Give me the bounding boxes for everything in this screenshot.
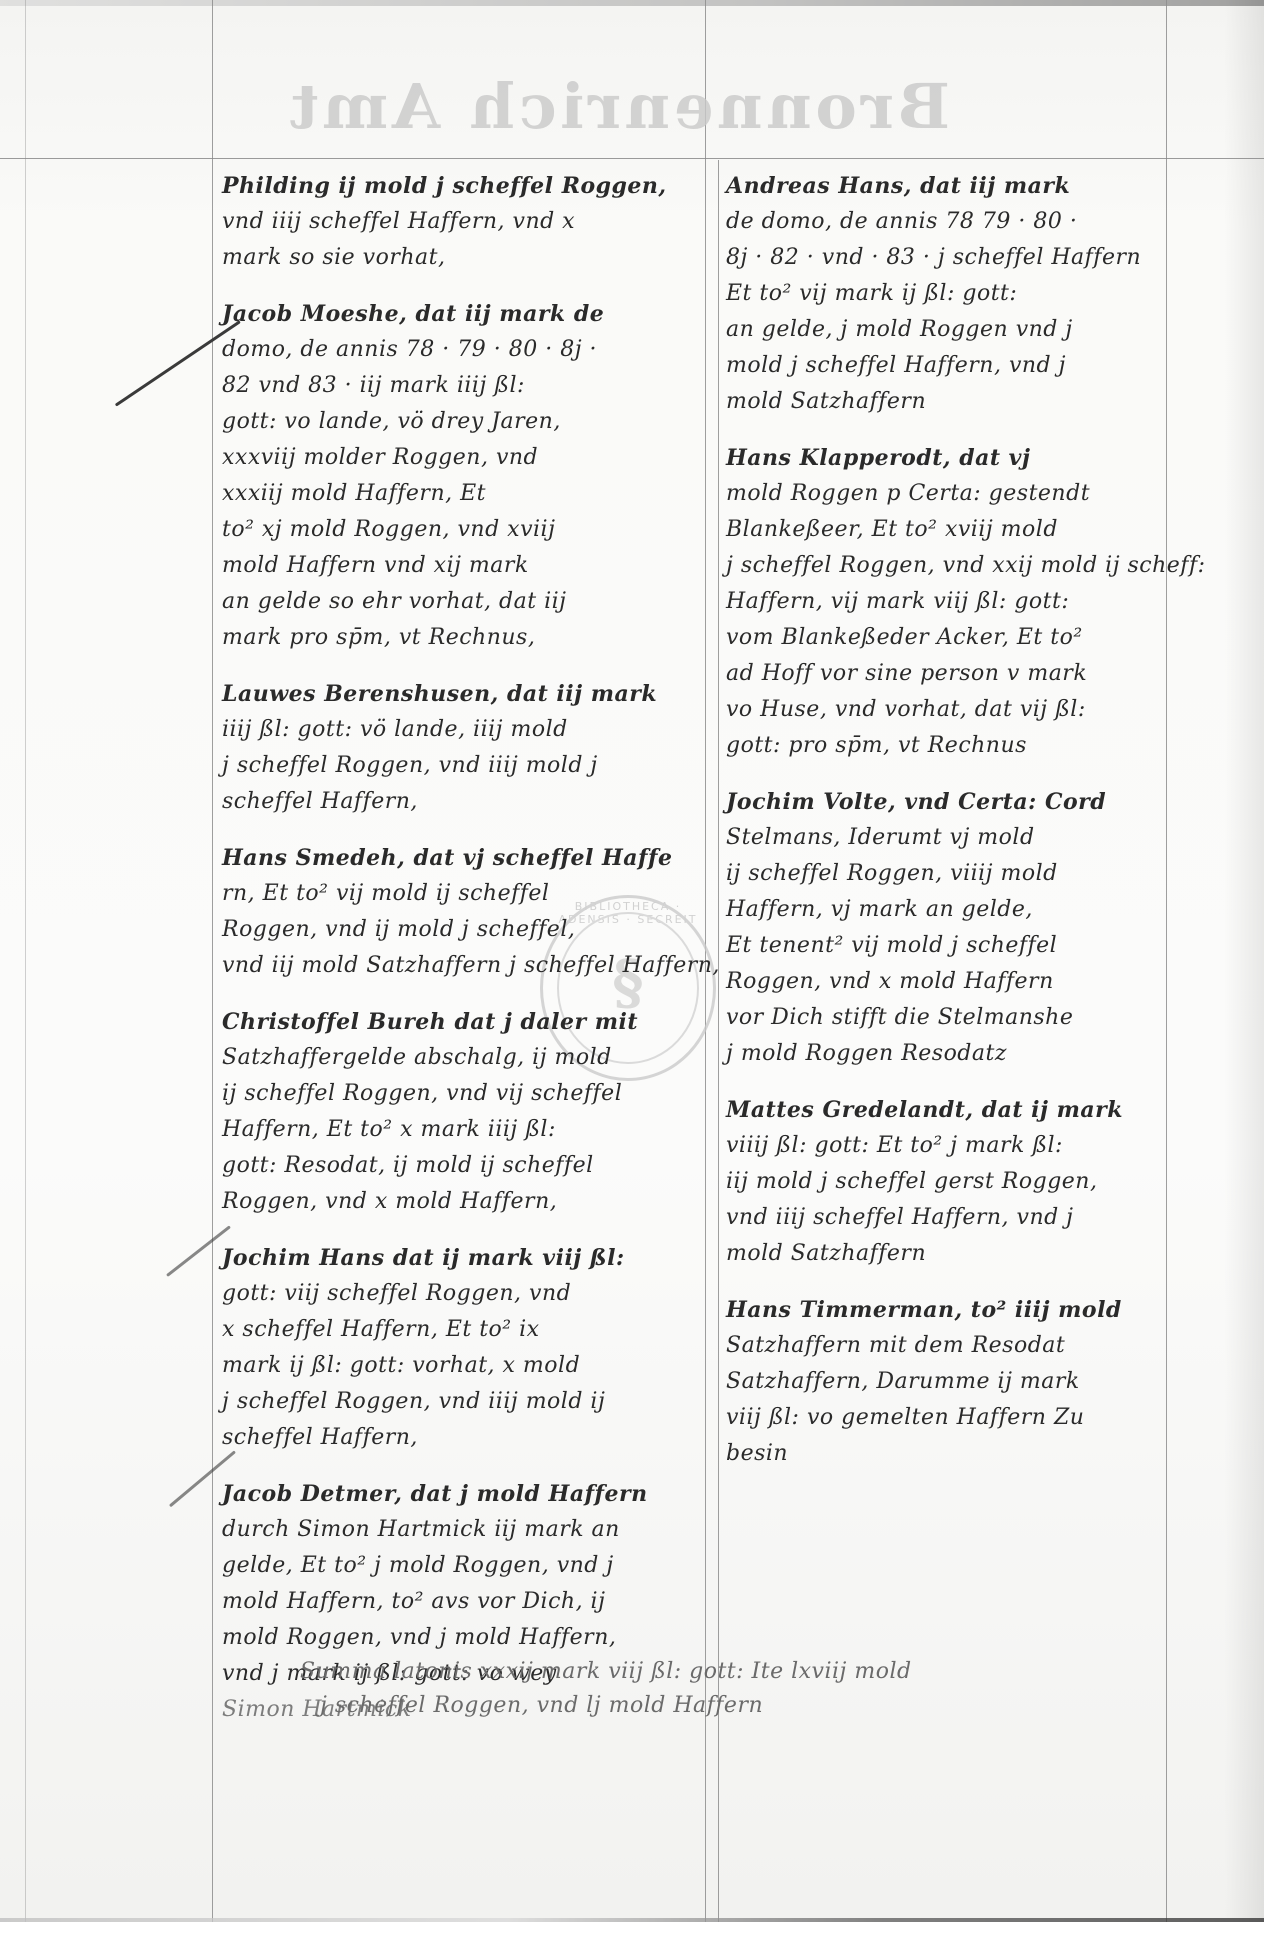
entry-line: mark so sie vorhat, bbox=[222, 240, 700, 276]
entry-line: mark ij ßl: gott: vorhat, x mold bbox=[222, 1348, 700, 1384]
page-right-shadow bbox=[1224, 0, 1264, 1922]
manuscript-page: Bronnenrich Amt BIBLIOTHECA · ADENSIS · … bbox=[0, 0, 1264, 1922]
entry-line: viij ßl: vo gemelten Haffern Zu bbox=[726, 1400, 1162, 1436]
entry-line: vnd iiij scheffel Haffern, vnd j bbox=[726, 1200, 1162, 1236]
ledger-entry: Andreas Hans, dat iij mark de domo, de a… bbox=[726, 168, 1162, 420]
entry-line: Hans Smedeh, dat vj scheffel Haffe bbox=[222, 840, 700, 876]
summary-line: j scheffel Roggen, vnd lj mold Haffern bbox=[300, 1689, 1180, 1723]
ledger-entry: Philding ij mold j scheffel Roggen, vnd … bbox=[222, 168, 700, 276]
entry-line: mold Roggen p Certa: gestendt bbox=[726, 476, 1162, 512]
right-margin-rule bbox=[1166, 0, 1167, 1922]
right-column: Andreas Hans, dat iij mark de domo, de a… bbox=[726, 168, 1162, 1492]
entry-line: Christoffel Bureh dat j daler mit bbox=[222, 1004, 700, 1040]
entry-line: mold Haffern vnd xij mark bbox=[222, 548, 700, 584]
entry-line: Et tenent² vij mold j scheffel bbox=[726, 928, 1162, 964]
summary-block: Summa latonis xxxij mark viij ßl: gott: … bbox=[300, 1655, 1180, 1723]
entry-line: gott: vo lande, vö drey Jaren, bbox=[222, 404, 700, 440]
entry-line: Hans Klapperodt, dat vj bbox=[726, 440, 1162, 476]
left-margin-rule bbox=[212, 0, 213, 1922]
entry-line: Satzhaffern mit dem Resodat bbox=[726, 1328, 1162, 1364]
ledger-entry: Mattes Gredelandt, dat ij mark viiij ßl:… bbox=[726, 1092, 1162, 1272]
entry-line: xxxviij molder Roggen, vnd bbox=[222, 440, 700, 476]
entry-line: Haffern, Et to² x mark iiij ßl: bbox=[222, 1112, 700, 1148]
entry-line: x scheffel Haffern, Et to² ix bbox=[222, 1312, 700, 1348]
entry-line: vnd iiij scheffel Haffern, vnd x bbox=[222, 204, 700, 240]
left-column: Philding ij mold j scheffel Roggen, vnd … bbox=[222, 168, 700, 1748]
entry-line: Mattes Gredelandt, dat ij mark bbox=[726, 1092, 1162, 1128]
entry-line: Roggen, vnd x mold Haffern bbox=[726, 964, 1162, 1000]
entry-line: besin bbox=[726, 1436, 1162, 1472]
entry-line: ad Hoff vor sine person v mark bbox=[726, 656, 1162, 692]
entry-line: Jochim Hans dat ij mark viij ßl: bbox=[222, 1240, 700, 1276]
entry-line: Roggen, vnd x mold Haffern, bbox=[222, 1184, 700, 1220]
page-top-edge bbox=[0, 0, 1264, 6]
entry-line: to² xj mold Roggen, vnd xviij bbox=[222, 512, 700, 548]
ledger-entry: Hans Smedeh, dat vj scheffel Haffe rn, E… bbox=[222, 840, 700, 984]
entry-line: mold Haffern, to² avs vor Dich, ij bbox=[222, 1584, 700, 1620]
entry-line: 8j · 82 · vnd · 83 · j scheffel Haffern bbox=[726, 240, 1162, 276]
entry-line: durch Simon Hartmick iij mark an bbox=[222, 1512, 700, 1548]
ledger-entry: Lauwes Berenshusen, dat iij mark iiij ßl… bbox=[222, 676, 700, 820]
entry-line: vom Blankeßeder Acker, Et to² bbox=[726, 620, 1162, 656]
entry-line: gott: Resodat, ij mold ij scheffel bbox=[222, 1148, 700, 1184]
entry-line: scheffel Haffern, bbox=[222, 784, 700, 820]
ledger-entry: Christoffel Bureh dat j daler mit Satzha… bbox=[222, 1004, 700, 1220]
entry-line: xxxiij mold Haffern, Et bbox=[222, 476, 700, 512]
entry-line: Philding ij mold j scheffel Roggen, bbox=[222, 168, 700, 204]
ledger-entry: Jochim Volte, vnd Certa: Cord Stelmans, … bbox=[726, 784, 1162, 1072]
entry-line: Haffern, vj mark an gelde, bbox=[726, 892, 1162, 928]
entry-line: Blankeßeer, Et to² xviij mold bbox=[726, 512, 1162, 548]
entry-line: Jochim Volte, vnd Certa: Cord bbox=[726, 784, 1162, 820]
entry-line: rn, Et to² vij mold ij scheffel bbox=[222, 876, 700, 912]
entry-line: Roggen, vnd ij mold j scheffel, bbox=[222, 912, 700, 948]
entry-line: Jacob Detmer, dat j mold Haffern bbox=[222, 1476, 700, 1512]
entry-line: mark pro sp̄m, vt Rechnus, bbox=[222, 620, 700, 656]
entry-line: gelde, Et to² j mold Roggen, vnd j bbox=[222, 1548, 700, 1584]
entry-line: Stelmans, Iderumt vj mold bbox=[726, 820, 1162, 856]
entry-line: j scheffel Roggen, vnd xxij mold ij sche… bbox=[726, 548, 1162, 584]
entry-line: gott: pro sp̄m, vt Rechnus bbox=[726, 728, 1162, 764]
entry-line: de domo, de annis 78 79 · 80 · bbox=[726, 204, 1162, 240]
entry-line: iij mold j scheffel gerst Roggen, bbox=[726, 1164, 1162, 1200]
entry-line: mold j scheffel Haffern, vnd j bbox=[726, 348, 1162, 384]
entry-line: j mold Roggen Resodatz bbox=[726, 1036, 1162, 1072]
summary-line: Summa latonis xxxij mark viij ßl: gott: … bbox=[300, 1655, 1180, 1689]
entry-line: mold Satzhaffern bbox=[726, 384, 1162, 420]
entry-line: j scheffel Roggen, vnd iiij mold ij bbox=[222, 1384, 700, 1420]
entry-line: Haffern, vij mark viij ßl: gott: bbox=[726, 584, 1162, 620]
entry-line: Et to² vij mark ij ßl: gott: bbox=[726, 276, 1162, 312]
entry-line: domo, de annis 78 · 79 · 80 · 8j · bbox=[222, 332, 700, 368]
entry-line: Satzhaffern, Darumme ij mark bbox=[726, 1364, 1162, 1400]
entry-line: viiij ßl: gott: Et to² j mark ßl: bbox=[726, 1128, 1162, 1164]
outer-left-rule bbox=[25, 0, 26, 1922]
entry-line: vnd iij mold Satzhaffern j scheffel Haff… bbox=[222, 948, 700, 984]
entry-line: scheffel Haffern, bbox=[222, 1420, 700, 1456]
entry-line: Hans Timmerman, to² iiij mold bbox=[726, 1292, 1162, 1328]
entry-line: mold Satzhaffern bbox=[726, 1236, 1162, 1272]
ledger-entry: Jochim Hans dat ij mark viij ßl: gott: v… bbox=[222, 1240, 700, 1456]
ledger-entry: Hans Klapperodt, dat vj mold Roggen p Ce… bbox=[726, 440, 1162, 764]
entry-line: an gelde, j mold Roggen vnd j bbox=[726, 312, 1162, 348]
entry-line: ij scheffel Roggen, viiij mold bbox=[726, 856, 1162, 892]
entry-line: 82 vnd 83 · iij mark iiij ßl: bbox=[222, 368, 700, 404]
entry-line: vo Huse, vnd vorhat, dat vij ßl: bbox=[726, 692, 1162, 728]
entry-line: ij scheffel Roggen, vnd vij scheffel bbox=[222, 1076, 700, 1112]
entry-line: Lauwes Berenshusen, dat iij mark bbox=[222, 676, 700, 712]
entry-line: an gelde so ehr vorhat, dat iij bbox=[222, 584, 700, 620]
entry-line: Jacob Moeshe, dat iij mark de bbox=[222, 296, 700, 332]
ledger-entry: Jacob Moeshe, dat iij mark de domo, de a… bbox=[222, 296, 700, 656]
entry-line: j scheffel Roggen, vnd iiij mold j bbox=[222, 748, 700, 784]
entry-line: gott: viij scheffel Roggen, vnd bbox=[222, 1276, 700, 1312]
entry-line: vor Dich stifft die Stelmanshe bbox=[726, 1000, 1162, 1036]
entry-line: mold Roggen, vnd j mold Haffern, bbox=[222, 1620, 700, 1656]
entry-line: iiij ßl: gott: vö lande, iiij mold bbox=[222, 712, 700, 748]
ledger-entry: Hans Timmerman, to² iiij mold Satzhaffer… bbox=[726, 1292, 1162, 1472]
entry-line: Andreas Hans, dat iij mark bbox=[726, 168, 1162, 204]
scan-background bbox=[0, 1922, 1264, 1952]
entry-line: Satzhaffergelde abschalg, ij mold bbox=[222, 1040, 700, 1076]
bleed-through-header: Bronnenrich Amt bbox=[330, 70, 950, 160]
